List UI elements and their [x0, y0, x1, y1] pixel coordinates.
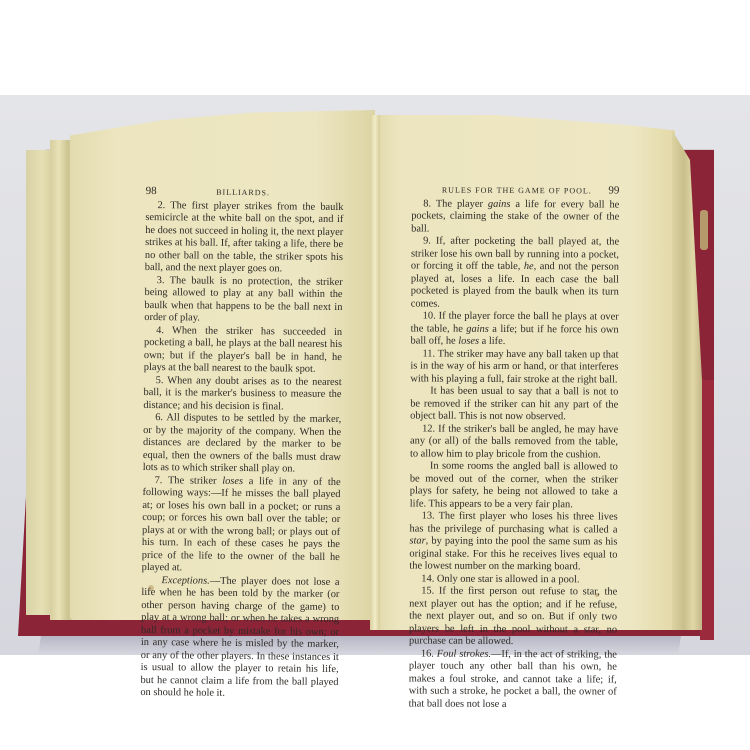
paragraph: 10. If the player force the ball he play… [411, 310, 619, 349]
paragraph: 15. If the first person out refuse to st… [409, 585, 617, 649]
paragraph: 3. The baulk is no protection, the strik… [144, 274, 343, 326]
right-paragraphs: 8. The player gains a life for every bal… [409, 198, 620, 712]
page-tab-marker [700, 210, 708, 250]
right-running-title: RULES FOR THE GAME OF POOL. [425, 185, 608, 198]
paragraph: It has been usual to say that a ball is … [410, 385, 618, 424]
left-running-title: BILLIARDS. [157, 186, 330, 200]
right-page-text: RULES FOR THE GAME OF POOL. 99 8. The pl… [409, 183, 620, 711]
paragraph: Exceptions.—The player does not lose a l… [140, 574, 339, 701]
book-cover-right-edge [700, 380, 714, 640]
paragraph: 11. The striker may have any ball taken … [410, 348, 618, 387]
right-page-number: 99 [608, 184, 619, 197]
left-paragraphs: 2. The first player strikes from the bau… [140, 199, 343, 701]
paragraph: 12. If the striker's ball be angled, he … [410, 423, 618, 462]
paragraph: 7. The striker loses a life in any of th… [142, 474, 341, 576]
left-page-number: 98 [146, 185, 157, 198]
right-running-head: RULES FOR THE GAME OF POOL. 99 [411, 183, 619, 198]
book-gutter [370, 115, 380, 630]
left-running-head: 98 BILLIARDS. [146, 185, 344, 201]
paragraph: 8. The player gains a life for every bal… [411, 198, 619, 237]
paragraph: 5. When any doubt arises as to the neare… [143, 374, 341, 414]
paragraph: 13. The first player who loses his three… [409, 510, 617, 574]
paragraph: 9. If, after pocketing the ball played a… [411, 235, 619, 311]
paragraph: 6. All disputes to be settled by the mar… [143, 412, 342, 477]
paragraph: 2. The first player strikes from the bau… [145, 199, 344, 276]
paragraph: 4. When the striker has succeeded in poc… [144, 324, 343, 376]
paragraph: In some rooms the angled ball is allowed… [410, 460, 618, 511]
left-page-text: 98 BILLIARDS. 2. The first player strike… [140, 185, 343, 702]
paragraph: 16. Foul strokes.—If, in the act of stri… [409, 648, 617, 712]
paragraph: 14. Only one star is allowed in a pool. [409, 573, 617, 587]
